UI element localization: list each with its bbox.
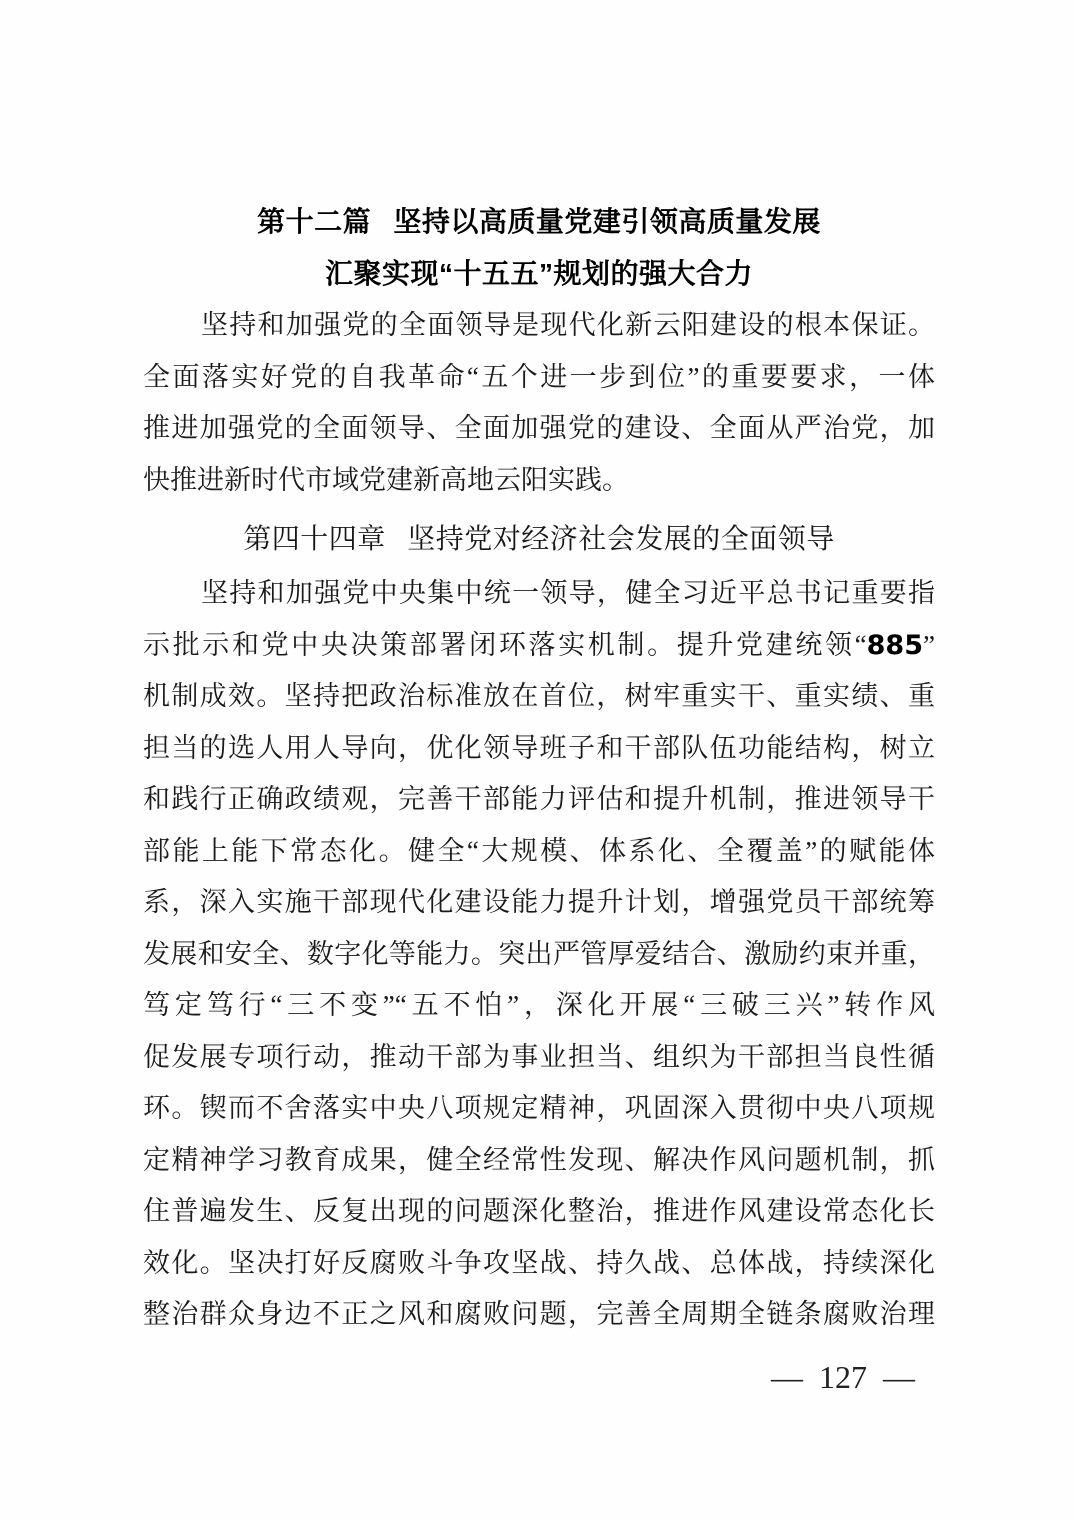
- text-line: 推进加强党的全面领导、全面加强党的建设、全面从严治党，加: [143, 403, 935, 455]
- text-line: 笃定笃行“三不变”“五不怕”，深化开展“三破三兴”转作风: [143, 980, 935, 1032]
- text-line: 快推进新时代市域党建新高地云阳实践。: [143, 455, 935, 507]
- text-line: 部能上能下常态化。健全“大规模、体系化、全覆盖”的赋能体: [143, 826, 935, 878]
- document-page: 第十二篇 坚持以高质量党建引领高质量发展 汇聚实现“十五五”规划的强大合力 坚持…: [0, 0, 1074, 1520]
- page-content: 第十二篇 坚持以高质量党建引领高质量发展 汇聚实现“十五五”规划的强大合力 坚持…: [143, 0, 935, 1397]
- text-line: 促发展专项行动，推动干部为事业担当、组织为干部担当良性循: [143, 1032, 935, 1084]
- text-line: 示批示和党中央决策部署闭环落实机制。提升党建统领“885”: [143, 620, 935, 672]
- page-number: — 127 —: [771, 1359, 915, 1395]
- document-body: 坚持和加强党的全面领导是现代化新云阳建设的根本保证。全面落实好党的自我革命“五个…: [143, 300, 935, 1341]
- text-line: 住普遍发生、反复出现的问题深化整治，推进作风建设常态化长: [143, 1186, 935, 1238]
- chapter-heading: 第四十四章 坚持党对经济社会发展的全面领导: [143, 514, 935, 566]
- part-title-line-1: 第十二篇 坚持以高质量党建引领高质量发展: [143, 196, 935, 248]
- text-line: 坚持和加强党中央集中统一领导，健全习近平总书记重要指: [143, 568, 935, 620]
- page-footer: — 127 —: [143, 1357, 935, 1397]
- body-paragraph: 坚持和加强党的全面领导是现代化新云阳建设的根本保证。全面落实好党的自我革命“五个…: [143, 300, 935, 506]
- text-line: 发展和安全、数字化等能力。突出严管厚爱结合、激励约束并重，: [143, 929, 935, 981]
- text-line: 担当的选人用人导向，优化领导班子和干部队伍功能结构，树立: [143, 723, 935, 775]
- numeric-highlight: 885: [867, 630, 923, 661]
- text-line: 整治群众身边不正之风和腐败问题，完善全周期全链条腐败治理: [143, 1289, 935, 1341]
- text-line: 坚持和加强党的全面领导是现代化新云阳建设的根本保证。: [143, 300, 935, 352]
- text-line: 和践行正确政绩观，完善干部能力评估和提升机制，推进领导干: [143, 774, 935, 826]
- text-line: 定精神学习教育成果，健全经常性发现、解决作风问题机制，抓: [143, 1135, 935, 1187]
- body-paragraph: 坚持和加强党中央集中统一领导，健全习近平总书记重要指示批示和党中央决策部署闭环落…: [143, 568, 935, 1341]
- text-line: 系，深入实施干部现代化建设能力提升计划，增强党员干部统筹: [143, 877, 935, 929]
- text-line: 效化。坚决打好反腐败斗争攻坚战、持久战、总体战，持续深化: [143, 1238, 935, 1290]
- part-title-line-2: 汇聚实现“十五五”规划的强大合力: [143, 248, 935, 300]
- text-line: 全面落实好党的自我革命“五个进一步到位”的重要要求，一体: [143, 352, 935, 404]
- text-line: 环。锲而不舍落实中央八项规定精神，巩固深入贯彻中央八项规: [143, 1083, 935, 1135]
- part-title: 第十二篇 坚持以高质量党建引领高质量发展 汇聚实现“十五五”规划的强大合力: [143, 196, 935, 300]
- text-line: 机制成效。坚持把政治标准放在首位，树牢重实干、重实绩、重: [143, 671, 935, 723]
